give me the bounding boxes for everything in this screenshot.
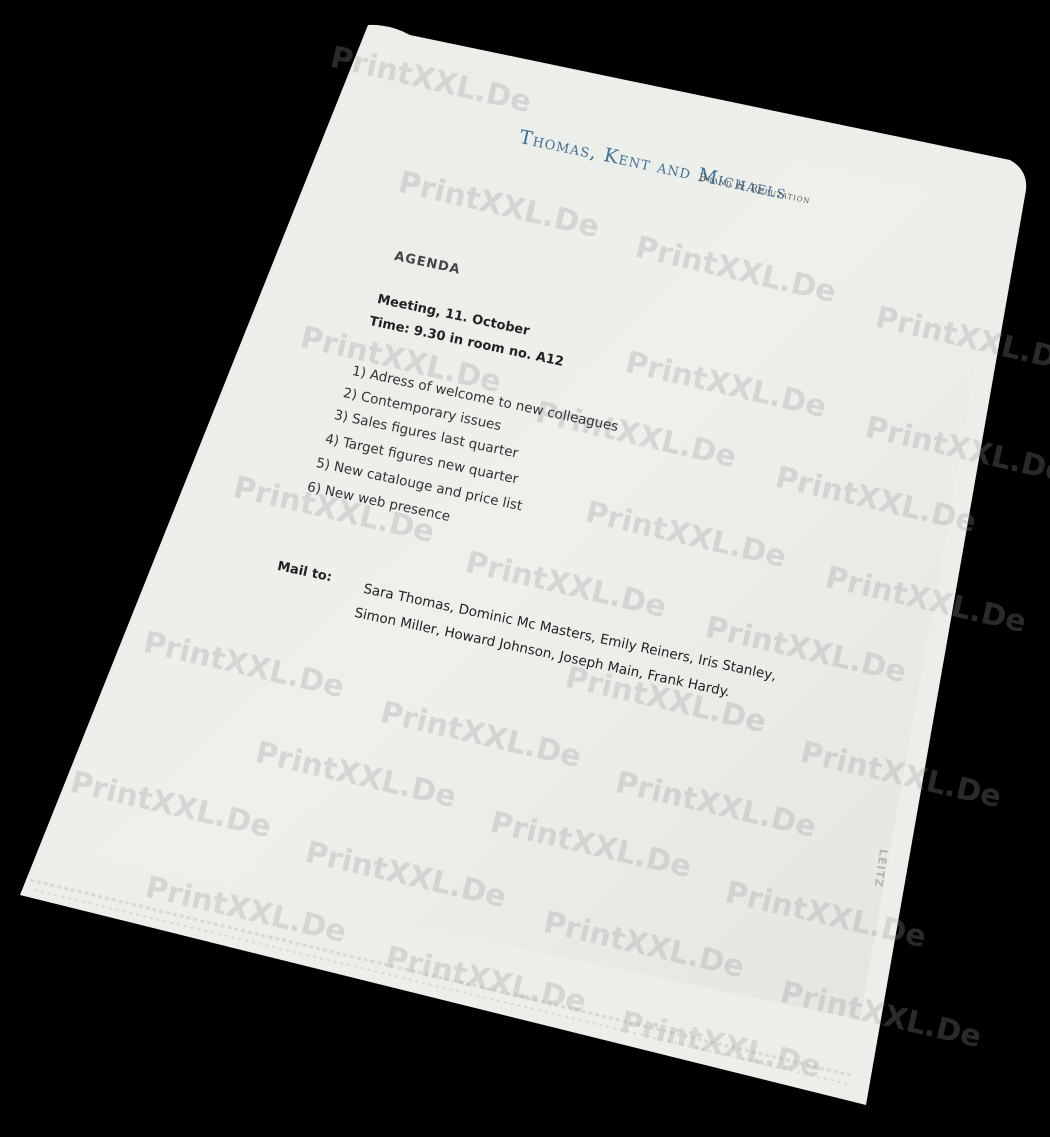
paper-sheet (50, 70, 1004, 1020)
folder-shape (0, 0, 1050, 1137)
product-photo: PrintXXL.De PrintXXL.De PrintXXL.De Prin… (0, 0, 1050, 1137)
